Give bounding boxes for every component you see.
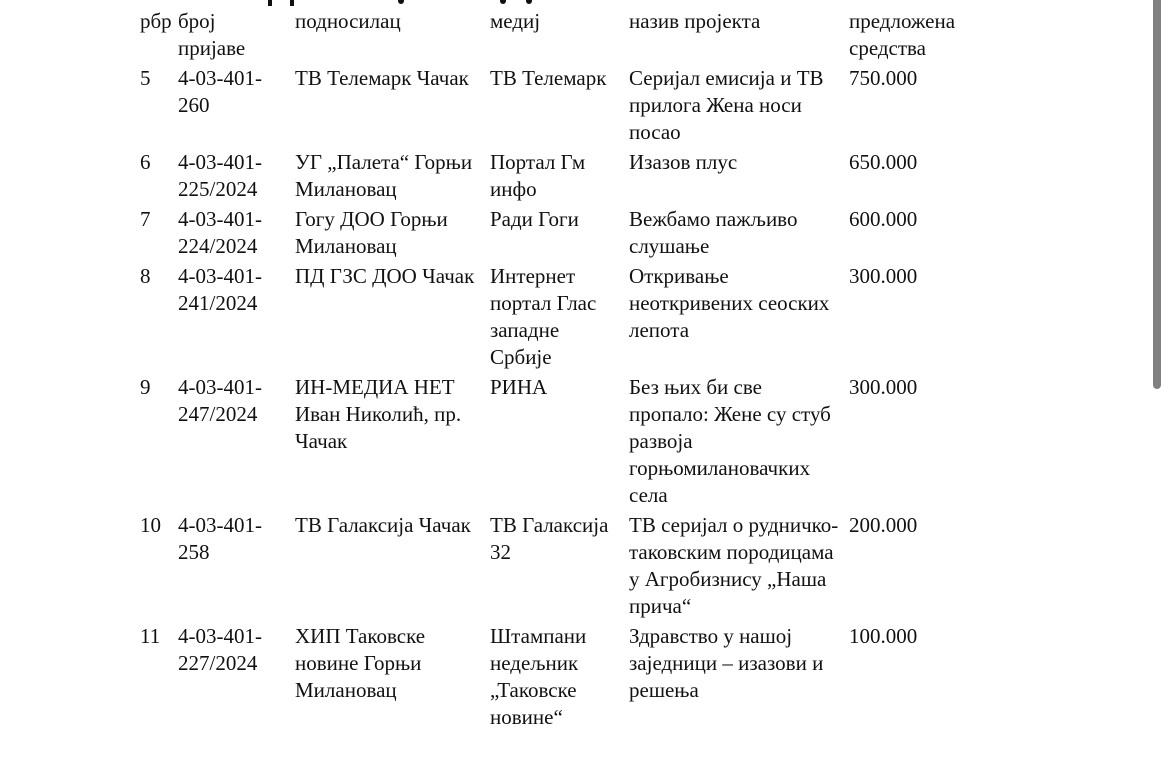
cell-proposed-funds: 300.000 [846, 263, 972, 374]
cell-applicant: ТВ Галаксија Чачак [292, 512, 487, 623]
cell-media: Портал Гм инфо [487, 149, 626, 206]
table-row: 8 4-03-401- 241/2024 ПД ГЗС ДОО Чачак Ин… [137, 263, 972, 374]
cell-proposed-funds: 600.000 [846, 206, 972, 263]
cell-media: ТВ Телемарк [487, 65, 626, 149]
table-row: 11 4-03-401- 227/2024 ХИП Таковске новин… [137, 623, 972, 734]
cell-project-name: ТВ серијал о рудничко-таковским породица… [626, 512, 846, 623]
cell-project-name: Здравство у нашој заједници – изазови и … [626, 623, 846, 734]
table-row: 5 4-03-401- 260 ТВ Телемарк Чачак ТВ Тел… [137, 65, 972, 149]
cell-media: РИНА [487, 374, 626, 512]
cell-rbr: 6 [137, 149, 175, 206]
cell-project-name: Вежбамо пажљиво слушање [626, 206, 846, 263]
cell-rbr: 10 [137, 512, 175, 623]
table-row: 6 4-03-401- 225/2024 УГ „Палета“ Горњи М… [137, 149, 972, 206]
cell-proposed-funds: 200.000 [846, 512, 972, 623]
cell-proposed-funds: 300.000 [846, 374, 972, 512]
cell-application-number: 4-03-401- 247/2024 [175, 374, 292, 512]
cell-media: ТВ Галаксија 32 [487, 512, 626, 623]
cell-application-number: 4-03-401- 260 [175, 65, 292, 149]
cell-application-number: 4-03-401- 224/2024 [175, 206, 292, 263]
cell-application-number: 4-03-401- 225/2024 [175, 149, 292, 206]
header-rbr: рбр [137, 8, 175, 65]
cell-rbr: 8 [137, 263, 175, 374]
cell-applicant: ТВ Телемарк Чачак [292, 65, 487, 149]
cell-project-name: Изазов плус [626, 149, 846, 206]
cell-rbr: 5 [137, 65, 175, 149]
header-application-number: број пријаве [175, 8, 292, 65]
cell-media: Ради Гоги [487, 206, 626, 263]
header-applicant: подносилац [292, 8, 487, 65]
clipped-heading [140, 0, 580, 8]
grants-table: рбр број пријаве подносилац медиј назив … [137, 8, 972, 734]
cell-proposed-funds: 100.000 [846, 623, 972, 734]
cell-application-number: 4-03-401- 227/2024 [175, 623, 292, 734]
cell-project-name: Серијал емисија и ТВ прилога Жена носи п… [626, 65, 846, 149]
cell-application-number: 4-03-401- 258 [175, 512, 292, 623]
cell-media: Штампани недељник „Таковске новине“ [487, 623, 626, 734]
cell-applicant: Гогу ДОО Горњи Милановац [292, 206, 487, 263]
cell-applicant: УГ „Палета“ Горњи Милановац [292, 149, 487, 206]
cell-applicant: ХИП Таковске новине Горњи Милановац [292, 623, 487, 734]
cell-applicant: ИН-МЕДИА НЕТ Иван Николић, пр. Чачак [292, 374, 487, 512]
cell-rbr: 11 [137, 623, 175, 734]
cell-proposed-funds: 650.000 [846, 149, 972, 206]
header-proposed-funds: предложена средства [846, 8, 972, 65]
table-row: 10 4-03-401- 258 ТВ Галаксија Чачак ТВ Г… [137, 512, 972, 623]
cell-media: Интернет портал Глас западне Србије [487, 263, 626, 374]
vertical-scrollbar[interactable] [1153, 0, 1161, 389]
table-row: 7 4-03-401- 224/2024 Гогу ДОО Горњи Мила… [137, 206, 972, 263]
header-media: медиј [487, 8, 626, 65]
cell-proposed-funds: 750.000 [846, 65, 972, 149]
cell-project-name: Откривање неоткривених сеоских лепота [626, 263, 846, 374]
cell-project-name: Без њих би све пропало: Жене су стуб раз… [626, 374, 846, 512]
cell-applicant: ПД ГЗС ДОО Чачак [292, 263, 487, 374]
table-row: 9 4-03-401- 247/2024 ИН-МЕДИА НЕТ Иван Н… [137, 374, 972, 512]
cell-rbr: 7 [137, 206, 175, 263]
cell-rbr: 9 [137, 374, 175, 512]
table-header-row: рбр број пријаве подносилац медиј назив … [137, 8, 972, 65]
header-project-name: назив пројекта [626, 8, 846, 65]
cell-application-number: 4-03-401- 241/2024 [175, 263, 292, 374]
